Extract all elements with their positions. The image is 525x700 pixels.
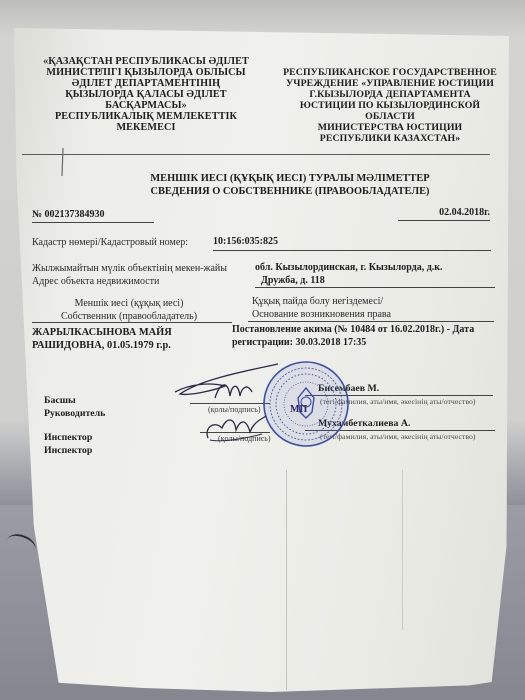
owner-patronymic-dob: РАШИДОВНА, 01.05.1979 г.р. [32,340,232,353]
basis-label: Құқық пайда болу негіздемесі/ Основание … [252,296,492,321]
inspector-signature-icon [200,410,280,450]
basis-line-1: Постановление акима (№ 10484 от 16.02.20… [232,324,497,337]
seal-mark-label: МП [290,404,307,415]
basis-line-2: регистрации: 30.03.2018 17:35 [232,337,497,350]
header-line: ОБЛАСТИ [270,111,510,122]
address-line-1: обл. Кызылординская, г. Кызылорда, д.к. [255,262,495,275]
paper-fold [286,470,287,690]
header-line: РЕСПУБЛИКИ КАЗАХСТАН» [270,133,510,144]
header-line: ЮСТИЦИИ ПО КЫЗЫЛОРДИНСКОЙ [270,100,510,111]
header-line: ҚЫЗЫЛОРДА ҚАЛАСЫ ӘДІЛЕТ [26,89,266,100]
address-label: Жылжымайтын мүлік объектінің мекен-жайы … [32,263,227,288]
header-line: МИНИСТРЛІГІ ҚЫЗЫЛОРДА ОБЛЫСЫ [26,67,266,78]
title-ru: СВЕДЕНИЯ О СОБСТВЕННИКЕ (ПРАВООБЛАДАТЕЛЕ… [70,185,510,198]
header-line: МИНИСТЕРСТВА ЮСТИЦИИ [270,122,510,133]
title-kz: МЕНШІК ИЕСІ (ҚҰҚЫҚ ИЕСІ) ТУРАЛЫ МӘЛІМЕТТ… [70,172,510,185]
owner-value: ЖАРЫЛКАСЫНОВА МАЙЯ РАШИДОВНА, 01.05.1979… [32,327,232,352]
owner-label-kz: Меншік иесі (құқық иесі) [54,298,204,311]
header-divider [22,154,490,155]
owner-divider [32,322,232,323]
cadastral-value: 10:156:035:825 [213,236,491,251]
role-inspector-ru: Инспектор [44,445,92,458]
address-line-2: Дружба, д. 118 [255,275,495,288]
header-line: МЕКЕМЕСІ [26,122,266,133]
header-line: УЧРЕЖДЕНИЕ «УПРАВЛЕНИЕ ЮСТИЦИИ [270,78,510,89]
header-line: ӘДІЛЕТ ДЕПАРТАМЕНТІНІҢ [26,78,266,89]
header-line: «ҚАЗАҚСТАН РЕСПУБЛИКАСЫ ӘДІЛЕТ [26,56,266,67]
role-head-kz: Басшы [44,395,105,408]
pen-mark [60,148,66,178]
role-inspector: Инспектор Инспектор [44,432,92,457]
role-inspector-kz: Инспектор [44,432,92,445]
owner-name: ЖАРЫЛКАСЫНОВА МАЙЯ [32,327,232,340]
header-kazakh: «ҚАЗАҚСТАН РЕСПУБЛИКАСЫ ӘДІЛЕТ МИНИСТРЛІ… [26,56,266,133]
document-number: № 002137384930 [32,209,154,223]
address-label-kz: Жылжымайтын мүлік объектінің мекен-жайы [32,263,227,276]
role-head-ru: Руководитель [44,408,105,421]
basis-divider [248,321,494,322]
header-line: БАСҚАРМАСЫ» [26,100,266,111]
address-value: обл. Кызылординская, г. Кызылорда, д.к. … [255,262,495,288]
header-russian: РЕСПУБЛИКАНСКОЕ ГОСУДАРСТВЕННОЕ УЧРЕЖДЕН… [270,67,510,144]
header-line: Г.КЫЗЫЛОРДА ДЕПАРТАМЕНТА [270,89,510,100]
basis-label-ru: Основание возникновения права [252,309,492,322]
header-line: РЕСПУБЛИКАЛЫҚ МЕМЛЕКЕТТІК [26,111,266,122]
address-label-ru: Адрес объекта недвижимости [32,276,227,289]
document-date: 02.04.2018г. [398,207,490,221]
role-head: Басшы Руководитель [44,395,105,420]
cadastral-label: Кадастр нөмері/Кадастровый номер: [32,237,188,250]
owner-label: Меншік иесі (құқық иесі) Собственник (пр… [54,298,204,323]
header-line: РЕСПУБЛИКАНСКОЕ ГОСУДАРСТВЕННОЕ [270,67,510,78]
head-signature-icon [170,362,280,407]
backdrop-wall [0,0,525,30]
basis-label-kz: Құқық пайда болу негіздемесі/ [252,296,492,309]
basis-value: Постановление акима (№ 10484 от 16.02.20… [232,324,497,349]
paper-fold [402,470,403,630]
document-title: МЕНШІК ИЕСІ (ҚҰҚЫҚ ИЕСІ) ТУРАЛЫ МӘЛІМЕТТ… [70,172,510,198]
